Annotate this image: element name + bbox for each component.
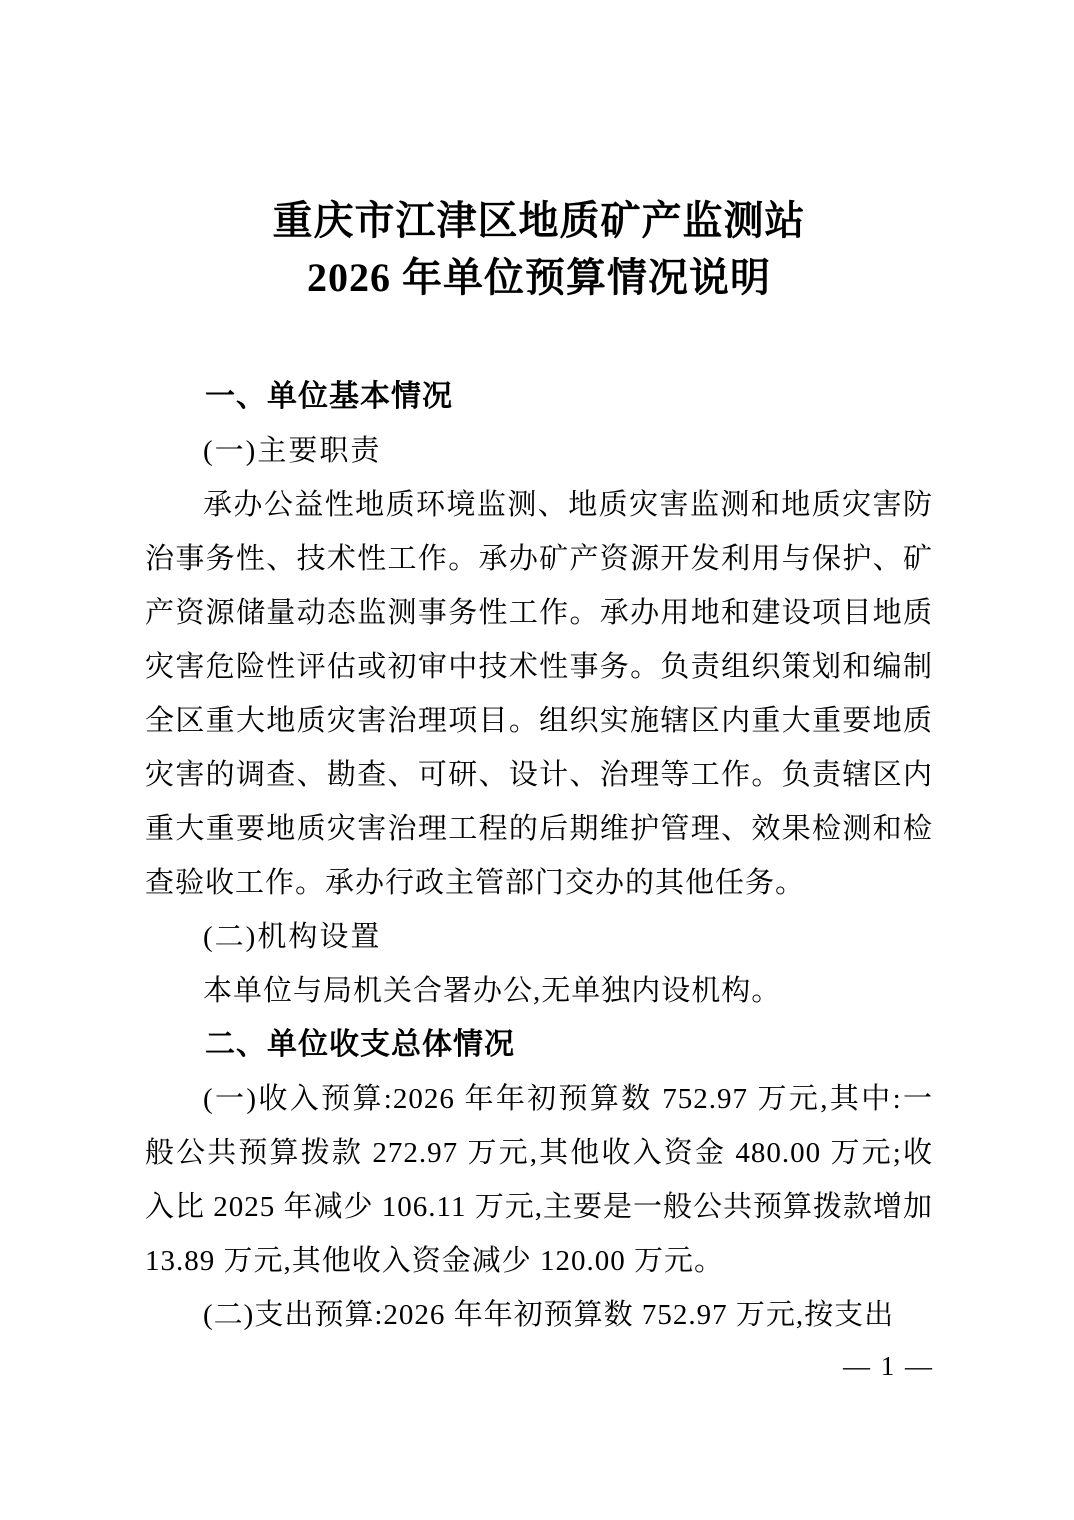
subsection-heading-org-setup: (二)机构设置: [145, 910, 933, 964]
document-page: 重庆市江津区地质矿产监测站 2026 年单位预算情况说明 一、单位基本情况 (一…: [0, 0, 1074, 1520]
document-title-line-2: 2026 年单位预算情况说明: [145, 249, 933, 306]
document-title-line-1: 重庆市江津区地质矿产监测站: [145, 192, 933, 249]
paragraph-expenditure-budget: (二)支出预算:2026 年年初预算数 752.97 万元,按支出: [145, 1288, 933, 1342]
paragraph-income-budget: (一)收入预算:2026 年年初预算数 752.97 万元,其中:一般公共预算拨…: [145, 1072, 933, 1288]
document-title: 重庆市江津区地质矿产监测站 2026 年单位预算情况说明: [145, 192, 933, 306]
paragraph-org-setup: 本单位与局机关合署办公,无单独内设机构。: [145, 964, 933, 1018]
document-content: 重庆市江津区地质矿产监测站 2026 年单位预算情况说明 一、单位基本情况 (一…: [145, 0, 933, 1342]
page-number: — 1 —: [843, 1350, 934, 1382]
section-heading-revenue-expenditure-overview: 二、单位收支总体情况: [145, 1018, 933, 1072]
paragraph-main-duties: 承办公益性地质环境监测、地质灾害监测和地质灾害防治事务性、技术性工作。承办矿产资…: [145, 478, 933, 910]
subsection-heading-main-duties: (一)主要职责: [145, 424, 933, 478]
section-heading-unit-basic-info: 一、单位基本情况: [145, 370, 933, 424]
